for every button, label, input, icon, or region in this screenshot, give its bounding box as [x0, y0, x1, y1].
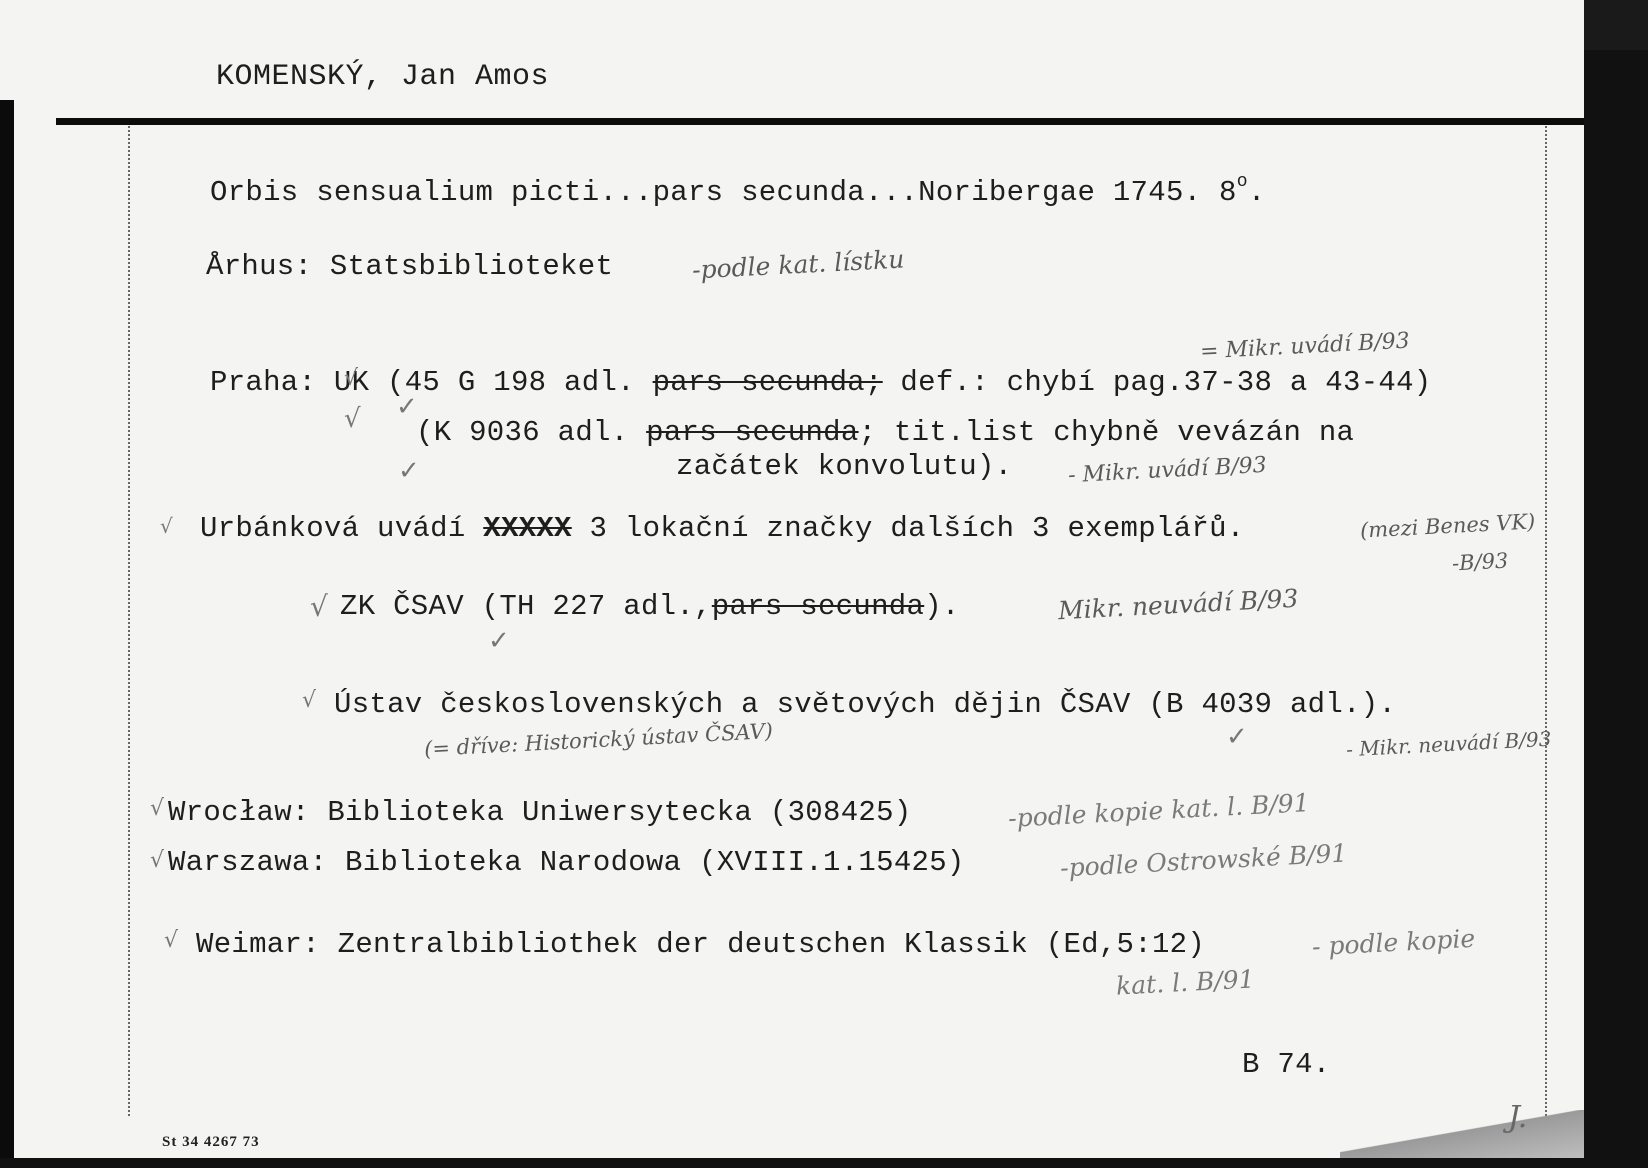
format-superscript: o: [1237, 172, 1248, 192]
holding-arhus: Århus: Statsbiblioteket: [206, 250, 613, 283]
title-end: .: [1248, 176, 1266, 209]
check-mark-icon: √: [150, 848, 164, 873]
note-arhus: -podle kat. lístku: [691, 244, 905, 284]
praha-uk-2-prefix: (K 9036 adl.: [416, 416, 646, 449]
praha-uk-2-suffix: ; tit.list chybně vevázán na: [859, 416, 1355, 449]
catalog-card: KOMENSKÝ, Jan Amos Orbis sensualium pict…: [0, 0, 1584, 1158]
holding-zk-csav: ZK ČSAV (TH 227 adl.,pars secunda).: [340, 590, 960, 623]
check-mark-icon: √: [160, 514, 173, 538]
praha-uk-1-struck: pars secunda;: [653, 366, 883, 399]
note-weimar: - podle kopie: [1311, 924, 1475, 962]
holding-praha-uk-1: Praha: UK (45 G 198 adl. pars secunda; d…: [210, 366, 1432, 399]
heading-rule: [56, 118, 1584, 125]
praha-uk-2-struck: pars secunda: [646, 416, 858, 449]
scan-edge-left: [0, 100, 14, 1168]
note-praha-uk-1: = Mikr. uvádí B/93: [1199, 329, 1410, 365]
left-margin-line: [128, 126, 130, 1116]
scan-edge-right: [1584, 0, 1648, 50]
title-text: Orbis sensualium picti...pars secunda...…: [210, 176, 1237, 209]
tick-mark-icon: ✓: [398, 456, 420, 486]
holding-praha-uk-2: (K 9036 adl. pars secunda; tit.list chyb…: [416, 416, 1354, 449]
urbankova-prefix: Urbánková uvádí: [200, 512, 483, 545]
holding-weimar: Weimar: Zentralbibliothek der deutschen …: [196, 928, 1205, 961]
author-heading: KOMENSKÝ, Jan Amos: [216, 60, 549, 94]
check-mark-icon: √: [164, 928, 178, 953]
check-mark-icon: √: [344, 366, 358, 391]
zk-csav-struck: pars secunda: [712, 590, 924, 623]
print-code: St 34 4267 73: [162, 1134, 260, 1151]
tick-mark-icon: ✓: [396, 392, 418, 422]
praha-uk-1-prefix: Praha: UK (45 G 198 adl.: [210, 366, 653, 399]
note-wroclaw: -podle kopie kat. l. B/91: [1007, 788, 1310, 833]
urbankova-suffix: 3 lokační značky dalších 3 exemplářů.: [572, 512, 1245, 545]
scan-edge-bottom: [0, 1158, 1648, 1168]
note-urbankova: (mezi Benes VK): [1359, 509, 1535, 542]
note-ustav-2: - Mikr. neuvádí B/93: [1346, 727, 1552, 762]
note-weimar-2: kat. l. B/91: [1115, 964, 1255, 1000]
card-corner-fold: [1340, 1110, 1584, 1158]
check-mark-icon: √: [344, 404, 361, 434]
note-praha-uk-2: - Mikr. uvádí B/93: [1067, 453, 1267, 488]
tick-mark-icon: ✓: [1226, 722, 1248, 752]
check-mark-icon: √: [302, 688, 316, 713]
holding-urbankova: Urbánková uvádí XXXXX 3 lokační značky d…: [200, 512, 1244, 545]
holding-praha-uk-2-cont: začátek konvolutu).: [676, 450, 1012, 483]
holding-warszawa: Warszawa: Biblioteka Narodowa (XVIII.1.1…: [168, 846, 965, 879]
tick-mark-icon: ✓: [488, 626, 510, 656]
praha-uk-1-suffix: def.: chybí pag.37-38 a 43-44): [883, 366, 1432, 399]
note-ustav: (= dříve: Historický ústav ČSAV): [424, 719, 774, 761]
zk-csav-suffix: ).: [924, 590, 959, 623]
holding-ustav: Ústav československých a světových dějin…: [334, 688, 1396, 721]
urbankova-struck: XXXXX: [483, 512, 572, 545]
check-mark-icon: √: [150, 796, 164, 821]
holding-wroclaw: Wrocław: Biblioteka Uniwersytecka (30842…: [168, 796, 912, 829]
title-line: Orbis sensualium picti...pars secunda...…: [210, 172, 1266, 209]
shelf-mark: B 74.: [1242, 1048, 1331, 1081]
note-zk-csav: Mikr. neuvádí B/93: [1057, 584, 1299, 626]
note-urbankova-2: -B/93: [1451, 549, 1509, 576]
right-margin-line: [1545, 126, 1547, 1136]
initial-signature: J.: [1508, 1100, 1527, 1135]
zk-csav-prefix: ZK ČSAV (TH 227 adl.,: [340, 590, 712, 623]
note-warszawa: -podle Ostrowské B/91: [1059, 839, 1347, 883]
check-mark-icon: √: [310, 590, 328, 623]
